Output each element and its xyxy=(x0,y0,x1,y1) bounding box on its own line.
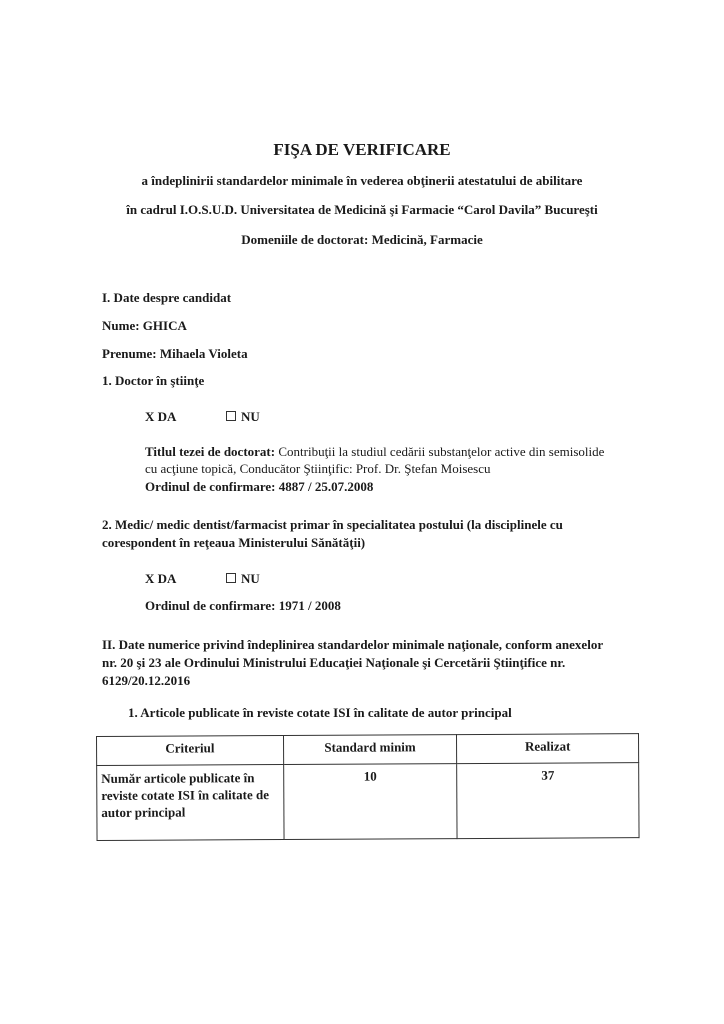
header-standard-minim: Standard minim xyxy=(283,735,457,765)
checkbox-icon xyxy=(226,411,236,421)
table-header-row: Criteriul Standard minim Realizat xyxy=(97,734,639,766)
item-1-order: Ordinul de confirmare: 4887 / 25.07.2008 xyxy=(145,479,373,495)
thesis-label: Titlul tezei de doctorat: xyxy=(145,444,275,459)
criteria-table: Criteriul Standard minim Realizat Număr … xyxy=(96,733,640,841)
document-title: FIŞA DE VERIFICARE xyxy=(0,140,724,160)
item-1-option-no-label: NU xyxy=(241,409,260,424)
thesis-line-1: Contribuţii la studiul cedării substanţe… xyxy=(275,444,604,459)
document-subtitle-1: a îndeplinirii standardelor minimale în … xyxy=(0,173,724,189)
section-1-heading: I. Date despre candidat xyxy=(102,290,231,306)
item-1-option-no: NU xyxy=(226,409,260,425)
table-row: Număr articole publicate în reviste cota… xyxy=(97,763,639,841)
item-2-heading-line-2: corespondent în reţeaua Ministerului Săn… xyxy=(102,535,365,551)
section-2-heading-line-3: 6129/20.12.2016 xyxy=(102,673,190,689)
item-2-option-yes: X DA xyxy=(145,571,176,587)
item-2-option-no: NU xyxy=(226,571,260,587)
item-1-heading: 1. Doctor în ştiinţe xyxy=(102,373,204,389)
cell-standard-minim: 10 xyxy=(283,764,457,840)
candidate-name: Nume: GHICA xyxy=(102,318,187,334)
item-1-option-yes: X DA xyxy=(145,409,176,425)
checkbox-icon xyxy=(226,573,236,583)
document-subtitle-3: Domeniile de doctorat: Medicină, Farmaci… xyxy=(0,232,724,248)
thesis-title: Titlul tezei de doctorat: Contribuţii la… xyxy=(145,444,604,460)
subsection-1-heading: 1. Articole publicate în reviste cotate … xyxy=(128,705,512,721)
candidate-first-name: Prenume: Mihaela Violeta xyxy=(102,346,248,362)
cell-realizat: 37 xyxy=(457,763,639,839)
cell-criteriul: Număr articole publicate în reviste cota… xyxy=(97,765,284,841)
item-2-heading-line-1: 2. Medic/ medic dentist/farmacist primar… xyxy=(102,517,563,533)
header-criteriul: Criteriul xyxy=(97,736,284,766)
section-2-heading-line-2: nr. 20 şi 23 ale Ordinului Ministrului E… xyxy=(102,655,565,671)
thesis-line-2: cu acţiune topică, Conducător Ştiinţific… xyxy=(145,461,491,477)
document-subtitle-2: în cadrul I.O.S.U.D. Universitatea de Me… xyxy=(0,202,724,218)
section-2-heading-line-1: II. Date numerice privind îndeplinirea s… xyxy=(102,637,603,653)
item-2-order: Ordinul de confirmare: 1971 / 2008 xyxy=(145,598,341,614)
header-realizat: Realizat xyxy=(457,734,639,764)
item-2-option-no-label: NU xyxy=(241,571,260,586)
